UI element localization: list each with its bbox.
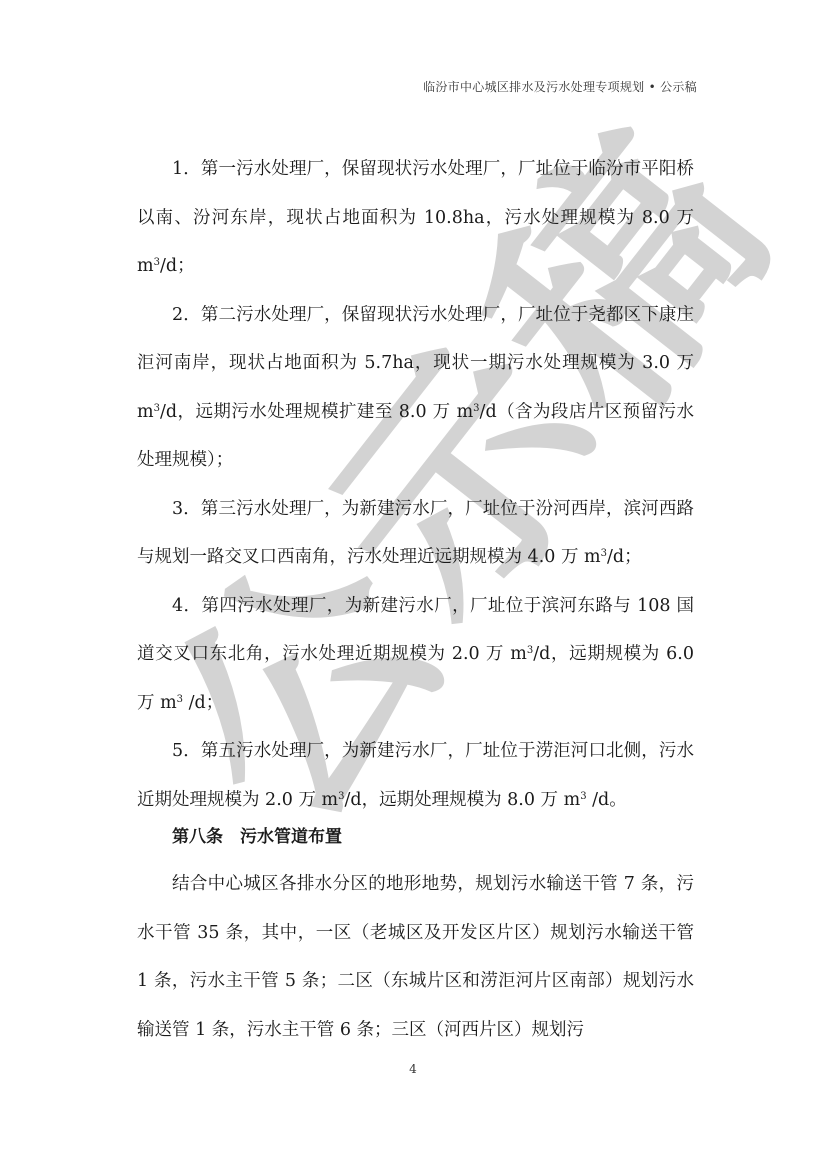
item-number: 3． bbox=[172, 499, 201, 519]
list-item-plant-5: 5．第五污水处理厂，为新建污水厂，厂址位于涝洰河口北侧，污水近期处理规模为 2.… bbox=[137, 727, 694, 824]
document-body: 1．第一污水处理厂，保留现状污水处理厂，厂址位于临汾市平阳桥以南、汾河东岸，现状… bbox=[137, 145, 694, 1054]
page-number: 4 bbox=[0, 1062, 826, 1076]
item-number: 4． bbox=[172, 596, 201, 616]
document-page: 临汾市中心城区排水及污水处理专项规划 • 公示稿 公示稿 1．第一污水处理厂，保… bbox=[0, 0, 826, 1169]
section-heading: 第八条 污水管道布置 bbox=[137, 820, 694, 854]
running-header: 临汾市中心城区排水及污水处理专项规划 • 公示稿 bbox=[423, 78, 697, 95]
item-number: 2． bbox=[172, 305, 201, 325]
item-number: 1． bbox=[172, 159, 201, 179]
item-number: 5． bbox=[172, 741, 201, 761]
list-item-plant-3: 3．第三污水处理厂，为新建污水厂，厂址位于汾河西岸，滨河西路与规划一路交叉口西南… bbox=[137, 485, 694, 582]
section-paragraph: 结合中心城区各排水分区的地形地势，规划污水输送干管 7 条，污水干管 35 条，… bbox=[137, 860, 694, 1054]
list-item-plant-4: 4．第四污水处理厂，为新建污水厂，厂址位于滨河东路与 108 国道交叉口东北角，… bbox=[137, 582, 694, 728]
list-item-plant-2: 2．第二污水处理厂，保留现状污水处理厂，厂址位于尧都区下康庄洰河南岸，现状占地面… bbox=[137, 291, 694, 485]
list-item-plant-1: 1．第一污水处理厂，保留现状污水处理厂，厂址位于临汾市平阳桥以南、汾河东岸，现状… bbox=[137, 145, 694, 291]
